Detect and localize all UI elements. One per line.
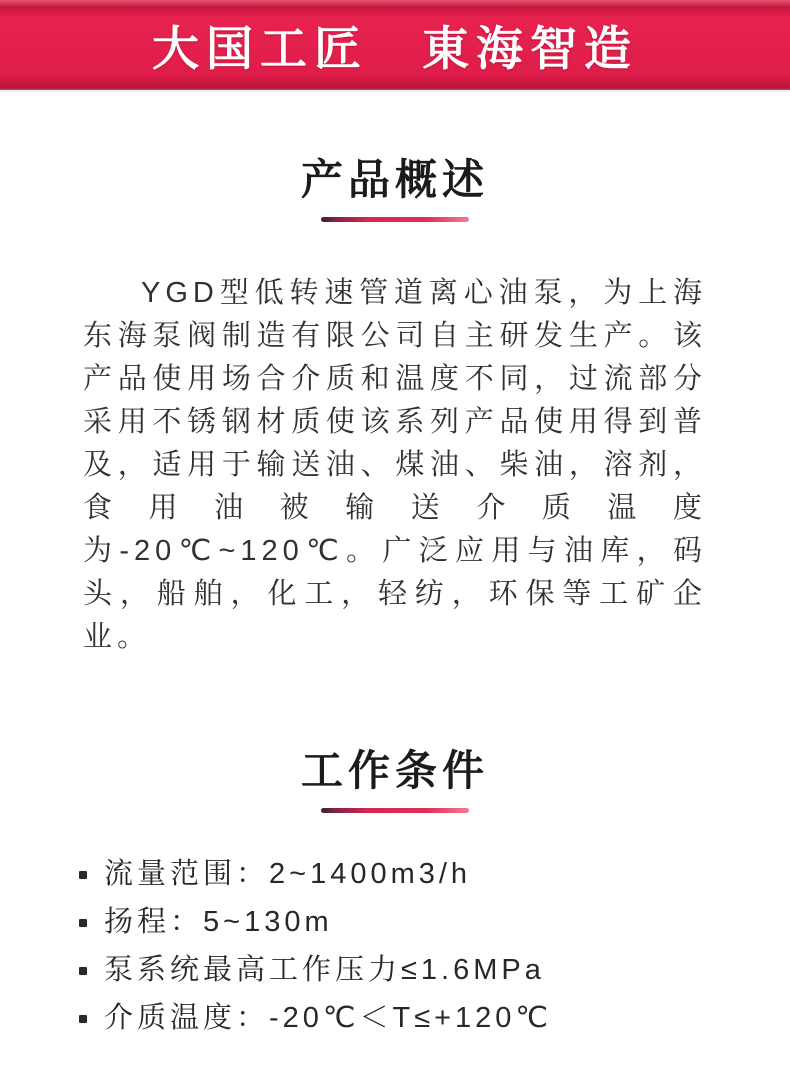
bullet-dot	[79, 1015, 87, 1023]
accent-underline	[321, 217, 469, 222]
working-conditions-title: 工作条件	[0, 743, 790, 799]
list-item-text: 介质温度：-20℃＜T≤+120℃	[104, 1003, 552, 1034]
overview-section: 产品概述 YGD型低转速管道离心油泵，为上海东海泵阀制造有限公司自主研发生产。该…	[0, 152, 790, 659]
product-description-page: 大国工匠 東海智造 产品概述 YGD型低转速管道离心油泵，为上海东海泵阀制造有限…	[0, 0, 790, 1083]
banner-title: 大国工匠 東海智造	[152, 12, 638, 79]
bullet-dot	[79, 967, 87, 975]
list-item: 介质温度：-20℃＜T≤+120℃	[79, 1003, 711, 1034]
working-conditions-heading: 工作条件	[0, 743, 790, 813]
header-banner: 大国工匠 東海智造	[0, 0, 790, 92]
working-conditions-section: 工作条件 流量范围：2~1400m3/h 扬程：5~130m 泵系统最高工作压力…	[0, 743, 790, 1034]
bullet-dot	[79, 871, 87, 879]
list-item: 扬程：5~130m	[79, 907, 711, 938]
bullet-dot	[79, 919, 87, 927]
list-item-text: 流量范围：2~1400m3/h	[104, 859, 471, 890]
list-item-text: 扬程：5~130m	[104, 907, 333, 938]
overview-title: 产品概述	[0, 152, 790, 208]
working-conditions-list: 流量范围：2~1400m3/h 扬程：5~130m 泵系统最高工作压力≤1.6M…	[79, 859, 711, 1034]
list-item: 泵系统最高工作压力≤1.6MPa	[79, 955, 711, 986]
overview-paragraph: YGD型低转速管道离心油泵，为上海东海泵阀制造有限公司自主研发生产。该产品使用场…	[83, 272, 707, 659]
list-item-text: 泵系统最高工作压力≤1.6MPa	[104, 955, 545, 986]
accent-underline	[321, 808, 469, 813]
list-item: 流量范围：2~1400m3/h	[79, 859, 711, 890]
overview-heading: 产品概述	[0, 152, 790, 222]
